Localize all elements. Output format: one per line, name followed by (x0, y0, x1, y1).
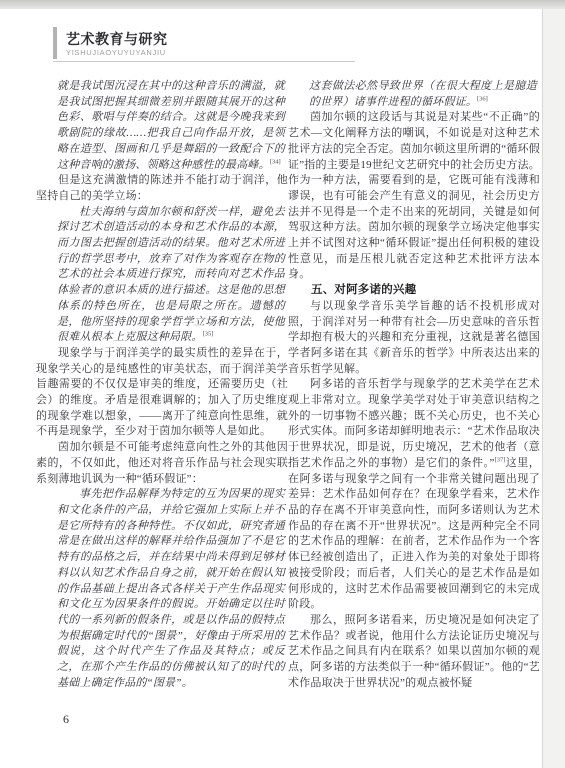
page-number: 6 (63, 712, 69, 727)
block-quote: 杜夫海纳与茵加尔顿和舒茨一样，避免去探讨艺术创造活动的本身和艺术作品的本源，而力… (57, 205, 285, 346)
body-paragraph: 茵加尔顿是不可能考虑纯意向性之外的其他因素的，不仅如此，他还对将音乐作品与社会现… (36, 440, 288, 487)
text-column-right: 这套做法必然导致世界（在很大程度上是臆造的世界）诸事件进程的循环假证。[36] … (288, 79, 540, 691)
header-divider (53, 61, 355, 62)
header-accent-bar (53, 27, 57, 59)
body-paragraph: 阿多诺的音乐哲学与现象学的艺术美学在艺术观上非常对立。现象学美学对处于审美意识结… (288, 377, 540, 613)
block-quote-continuation: 这套做法必然导致世界（在很大程度上是臆造的世界）诸事件进程的循环假证。[36] (309, 79, 537, 110)
block-quote: 事先把作品解释为特定的互为因果的现实和文化条件的产品，并给它强加上实际上并不是它… (57, 487, 285, 691)
journal-section-title: 艺术教育与研究 (66, 29, 168, 49)
section-heading: 五、对阿多诺的兴趣 (288, 283, 540, 299)
body-paragraph: 现象学与于润洋美学的最实质性的差异在于，现象学关心的是纯感性的审美状态，而于润洋… (36, 346, 288, 440)
body-paragraph: 但是这充满激情的陈述并不能打动于润洋，他坚持自己的美学立场： (36, 173, 288, 204)
body-paragraph: 茵加尔顿的这段话与其说是对某些“不正确”的艺术—文化阐释方法的嘲讽，不如说是对这… (288, 110, 540, 283)
scan-edge-right (542, 9, 565, 768)
text-column-left: 就是我试图沉浸在其中的这种音乐的满溢，就是我试图把握其细微差别并跟随其展开的这种… (36, 79, 288, 691)
scan-edge-top (0, 0, 565, 9)
body-paragraph: 那么，照阿多诺看来，历史境况是如何决定了艺术作品？或者说，他用什么方法论证历史境… (288, 613, 540, 692)
block-quote-continuation: 就是我试图沉浸在其中的这种音乐的满溢，就是我试图把握其细微差别并跟随其展开的这种… (57, 79, 285, 173)
body-paragraph: 与以现象学音乐美学旨趣的话不投机形成对照，于润洋对另一种带有社会—历史意味的音乐… (288, 299, 540, 378)
journal-section-pinyin: YISHUJIAOYUYUYANJIU (66, 48, 166, 57)
